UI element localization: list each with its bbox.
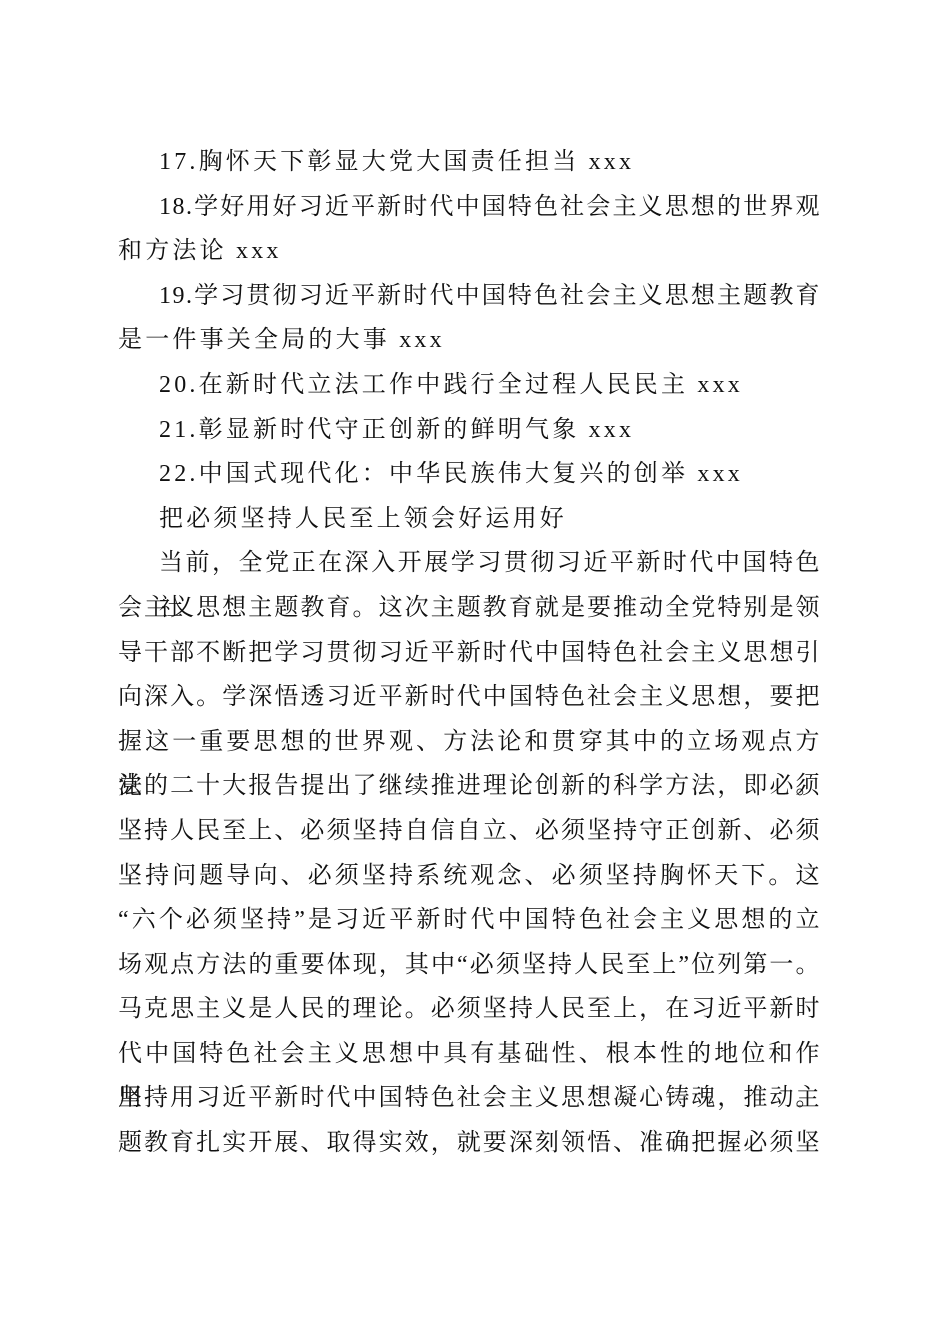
list-item-21: 21.彰显新时代守正创新的鲜明气象 xxx xyxy=(118,408,821,453)
list-item-17: 17.胸怀天下彰显大党大国责任担当 xxx xyxy=(118,140,821,185)
paragraph-line: 马克思主义是人民的理论。必须坚持人民至上，在习近平新时 xyxy=(118,987,821,1032)
document-page: 17.胸怀天下彰显大党大国责任担当 xxx 18.学好用好习近平新时代中国特色社… xyxy=(0,0,950,1344)
list-item-20: 20.在新时代立法工作中践行全过程人民民主 xxx xyxy=(118,363,821,408)
paragraph-line: 向深入。学深悟透习近平新时代中国特色社会主义思想，要把 xyxy=(118,675,821,720)
paragraph-line: 坚持人民至上、必须坚持自信自立、必须坚持守正创新、必须 xyxy=(118,809,821,854)
paragraph-line: 坚持问题导向、必须坚持系统观念、必须坚持胸怀天下。这 xyxy=(118,854,821,899)
list-item-18-continuation: 和方法论 xxx xyxy=(118,229,821,274)
paragraph-line: 坚持用习近平新时代中国特色社会主义思想凝心铸魂，推动主 xyxy=(118,1076,821,1121)
paragraph-line: 当前，全党正在深入开展学习贯彻习近平新时代中国特色社 xyxy=(118,541,821,586)
paragraph-line: 场观点方法的重要体现，其中“必须坚持人民至上”位列第一。 xyxy=(118,943,821,988)
paragraph-line: 握这一重要思想的世界观、方法论和贯穿其中的立场观点方法。 xyxy=(118,720,821,765)
paragraph-line: 会主义思想主题教育。这次主题教育就是要推动全党特别是领 xyxy=(118,586,821,631)
article-title-list: 17.胸怀天下彰显大党大国责任担当 xxx 18.学好用好习近平新时代中国特色社… xyxy=(118,140,821,497)
paragraph-line: 代中国特色社会主义思想中具有基础性、根本性的地位和作用。 xyxy=(118,1032,821,1077)
body-paragraph: 当前，全党正在深入开展学习贯彻习近平新时代中国特色社 会主义思想主题教育。这次主… xyxy=(118,541,821,1165)
section-title: 把必须坚持人民至上领会好运用好 xyxy=(118,497,821,542)
paragraph-line: 导干部不断把学习贯彻习近平新时代中国特色社会主义思想引 xyxy=(118,631,821,676)
list-item-18: 18.学好用好习近平新时代中国特色社会主义思想的世界观 xyxy=(118,185,821,230)
paragraph-line: “六个必须坚持”是习近平新时代中国特色社会主义思想的立 xyxy=(118,898,821,943)
document-body: 17.胸怀天下彰显大党大国责任担当 xxx 18.学好用好习近平新时代中国特色社… xyxy=(118,140,821,1166)
list-item-22: 22.中国式现代化：中华民族伟大复兴的创举 xxx xyxy=(118,452,821,497)
paragraph-line: 党的二十大报告提出了继续推进理论创新的科学方法，即必须 xyxy=(118,764,821,809)
paragraph-line: 题教育扎实开展、取得实效，就要深刻领悟、准确把握必须坚 xyxy=(118,1121,821,1166)
section-title-block: 把必须坚持人民至上领会好运用好 xyxy=(118,497,821,542)
list-item-19: 19.学习贯彻习近平新时代中国特色社会主义思想主题教育 xyxy=(118,274,821,319)
list-item-19-continuation: 是一件事关全局的大事 xxx xyxy=(118,318,821,363)
